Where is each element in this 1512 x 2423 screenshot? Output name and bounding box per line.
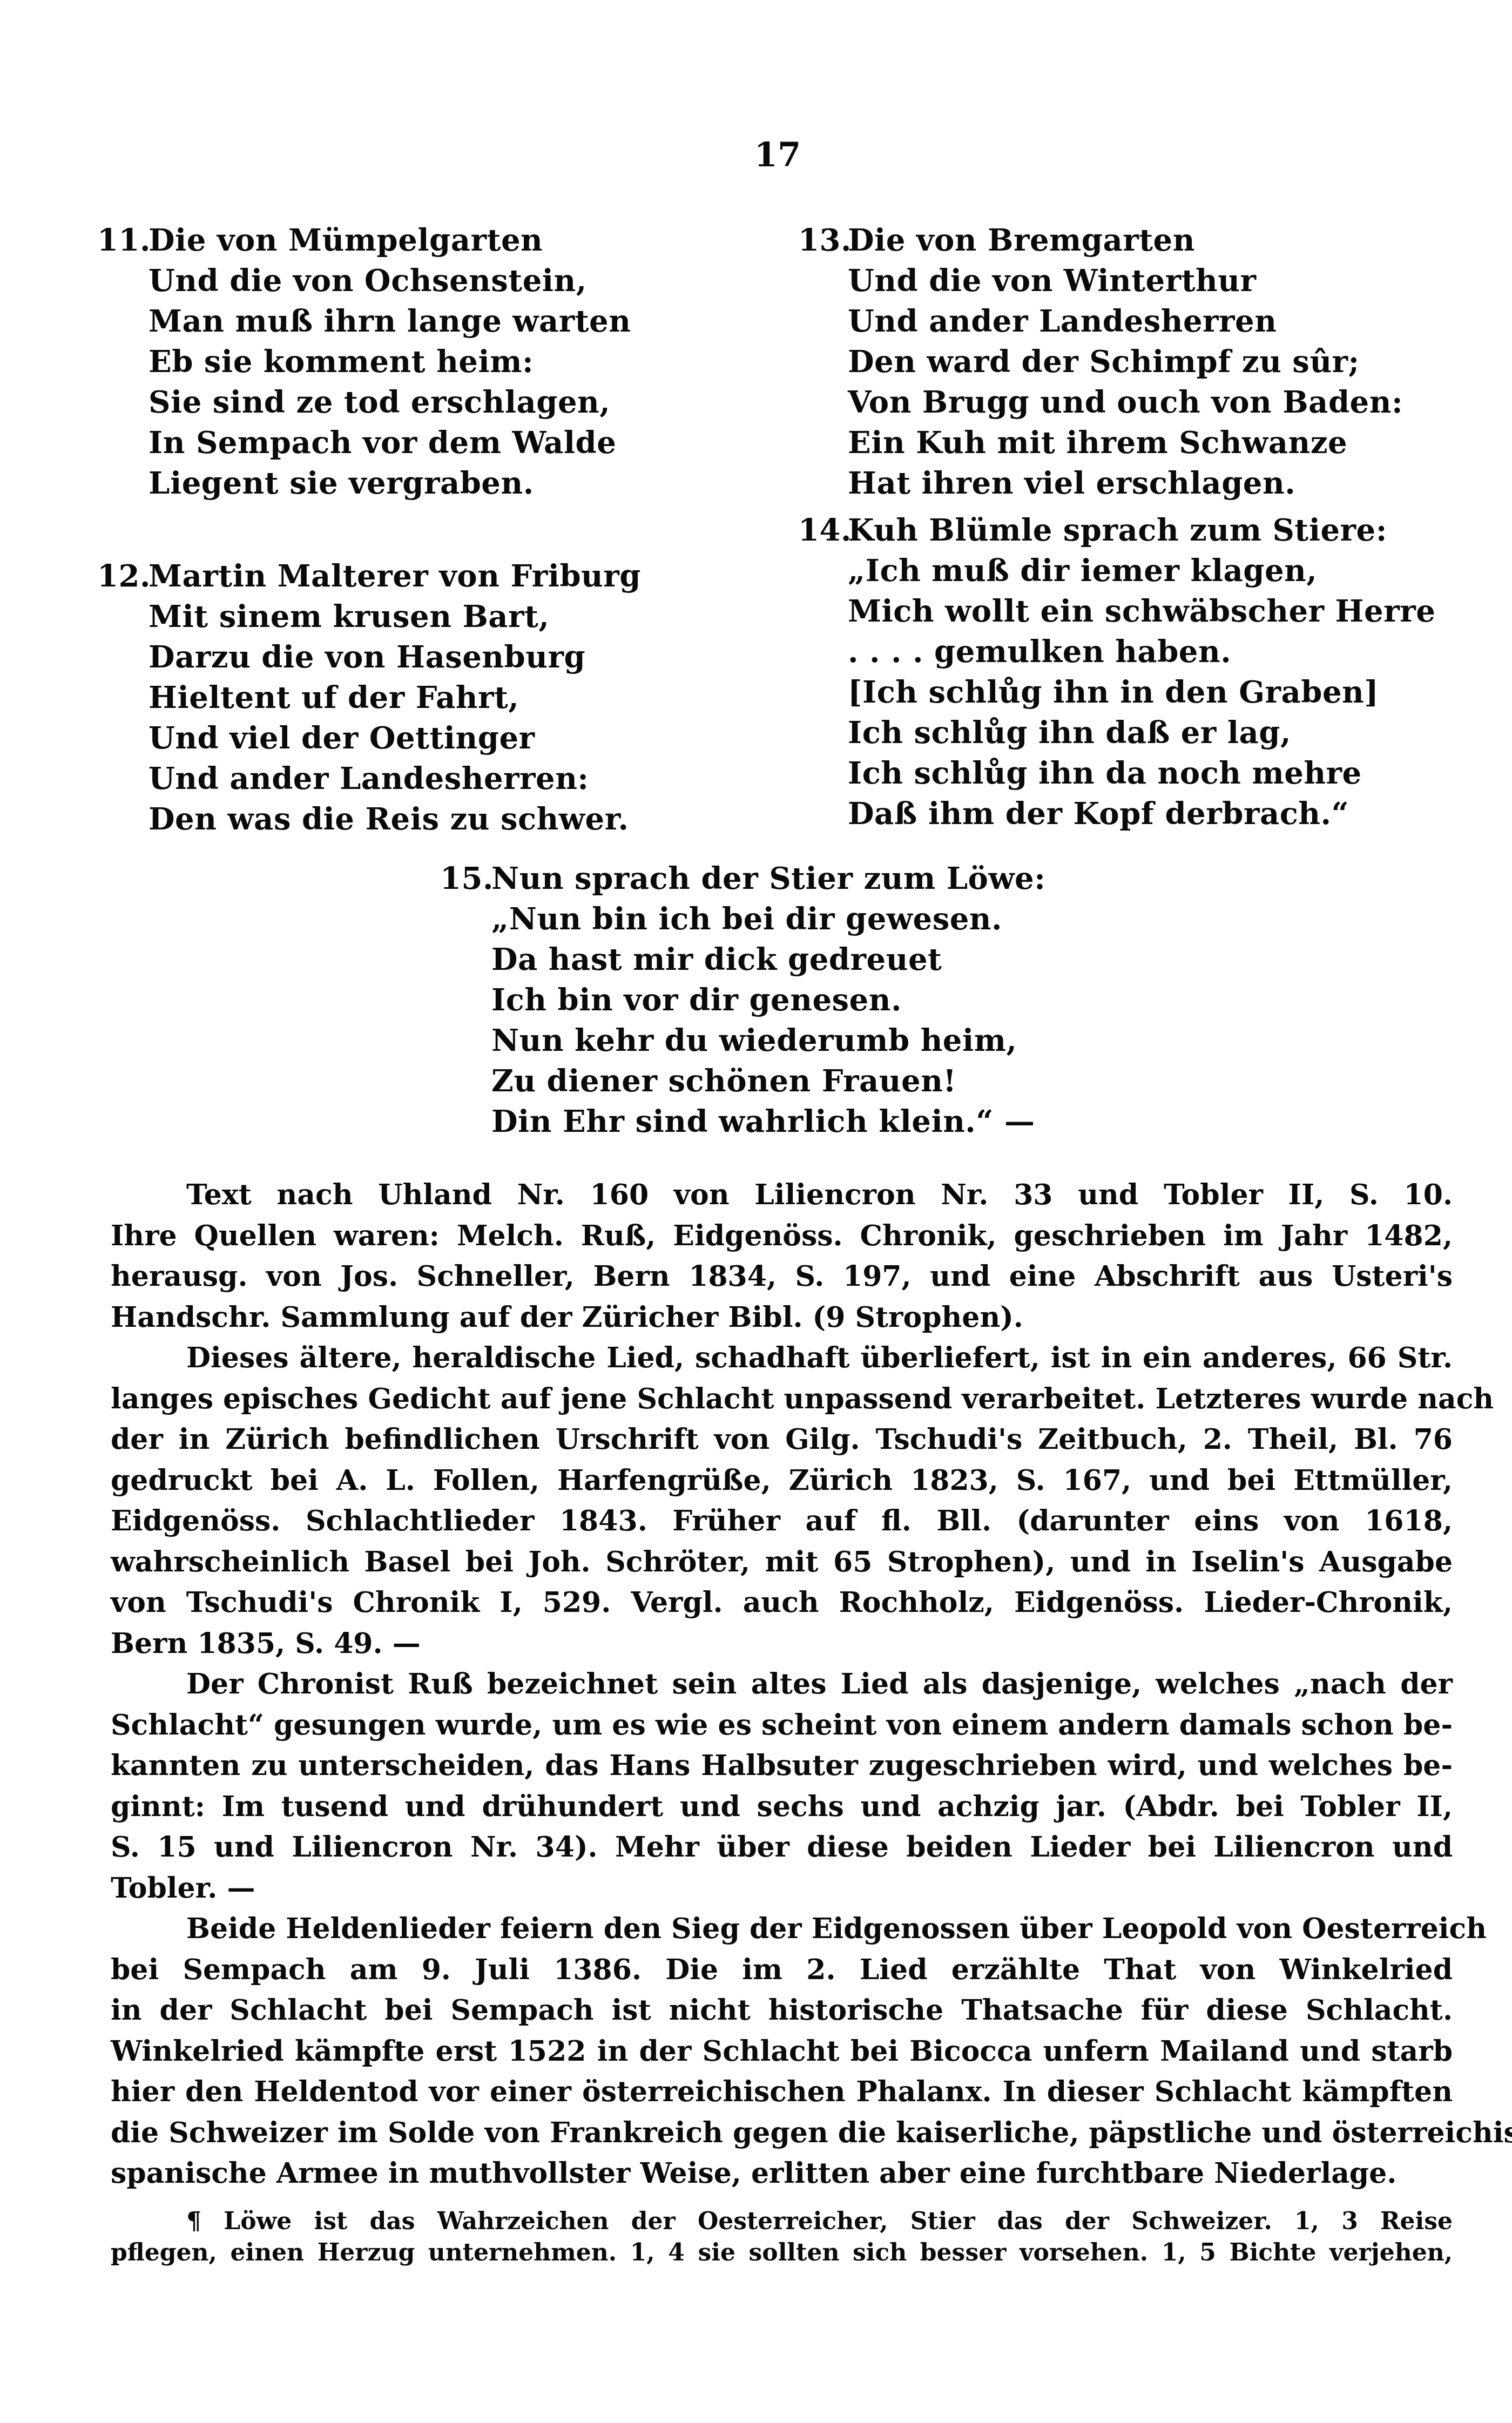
verse-line: Ich schlůg ihn da noch mehre (848, 753, 1435, 794)
verse-line: Hat ihren viel erschlagen. (848, 463, 1403, 504)
prose-line: Tobler. — (111, 1868, 1453, 1909)
verse-line: Den ward der Schimpf zu sûr; (848, 342, 1403, 382)
verse-line: Ein Kuh mit ihrem Schwanze (848, 423, 1403, 463)
verse-line: Und ander Landesherren (848, 301, 1403, 342)
pilcrow-icon: ¶ (186, 2208, 201, 2235)
verse-line: Din Ehr sind wahrlich klein.“ — (491, 1102, 1045, 1142)
footnote-line: ¶ Löwe ist das Wahrzeichen der Oesterrei… (111, 2206, 1453, 2237)
verse-line: Die von Mümpelgarten (148, 220, 631, 261)
prose-line: S. 15 und Liliencron Nr. 34). Mehr über … (111, 1827, 1453, 1868)
prose-line: herausg. von Jos. Schneller, Bern 1834, … (111, 1256, 1453, 1297)
verse-line: „Ich muß dir iemer klagen, (848, 551, 1435, 591)
prose-line: gedruckt bei A. L. Follen, Harfengrüße, … (111, 1460, 1453, 1501)
prose-line: Beide Heldenlieder feiern den Sieg der E… (111, 1908, 1453, 1949)
verse-line: Man muß ihrn lange warten (148, 301, 631, 342)
verse-line: [Ich schlůg ihn in den Graben] (848, 672, 1435, 713)
stanza-lines: Kuh Blümle sprach zum Stiere: „Ich muß d… (848, 510, 1435, 834)
prose-line: Bern 1835, S. 49. — (111, 1623, 1453, 1664)
verse-line: Liegent sie vergraben. (148, 463, 631, 504)
verse-line: . . . . gemulken haben. (848, 632, 1435, 672)
prose-line: Schlacht“ gesungen wurde, um es wie es s… (111, 1705, 1453, 1746)
verse-line: Und die von Winterthur (848, 261, 1403, 301)
verse-line: Mit sinem krusen Bart, (148, 597, 641, 637)
verse-line: Kuh Blümle sprach zum Stiere: (848, 510, 1435, 551)
verse-line: In Sempach vor dem Walde (148, 423, 631, 463)
commentary: Text nach Uhland Nr. 160 von Liliencron … (111, 1175, 1453, 2194)
verse-line: Und viel der Oettinger (148, 718, 641, 759)
prose-line: die Schweizer im Solde von Frankreich ge… (111, 2112, 1453, 2154)
prose-line: Der Chronist Ruß bezeichnet sein altes L… (111, 1664, 1453, 1705)
verse-line: Zu diener schönen Frauen! (491, 1061, 1045, 1102)
verse-line: Die von Bremgarten (848, 220, 1403, 261)
paragraph-heroic-songs: Beide Heldenlieder feiern den Sieg der E… (111, 1908, 1453, 2194)
paragraph-sources: Text nach Uhland Nr. 160 von Liliencron … (111, 1175, 1453, 1338)
stanza-lines: Die von Bremgarten Und die von Winterthu… (848, 220, 1403, 504)
verse-line: Martin Malterer von Friburg (148, 556, 641, 597)
prose-line: Ihre Quellen waren: Melch. Ruß, Eidgenös… (111, 1216, 1453, 1257)
prose-line: hier den Heldentod vor einer österreichi… (111, 2071, 1453, 2112)
verse-line: Da hast mir dick gedreuet (491, 940, 1045, 980)
footnote-line: pflegen, einen Herzug unternehmen. 1, 4 … (111, 2237, 1453, 2269)
stanza-lines: Martin Malterer von Friburg Mit sinem kr… (148, 556, 641, 840)
stanza-number: 15. (440, 859, 494, 899)
prose-line: Dieses ältere, heraldische Lied, schadha… (111, 1338, 1453, 1379)
footnote-glossary: ¶ Löwe ist das Wahrzeichen der Oesterrei… (111, 2206, 1453, 2269)
verse-line: Darzu die von Hasenburg (148, 637, 641, 678)
prose-line: der in Zürich befindlichen Urschrift von… (111, 1419, 1453, 1460)
verse-line: Ich bin vor dir genesen. (491, 980, 1045, 1021)
paragraph-older-song: Dieses ältere, heraldische Lied, schadha… (111, 1338, 1453, 1664)
prose-line: kannten zu unterscheiden, das Hans Halbs… (111, 1745, 1453, 1786)
prose-line: Eidgenöss. Schlachtlieder 1843. Früher a… (111, 1501, 1453, 1542)
stanza-number: 14. (798, 510, 852, 551)
page-number: 17 (751, 135, 805, 174)
verse-line: Hieltent uf der Fahrt, (148, 678, 641, 718)
verse-line: „Nun bin ich bei dir gewesen. (491, 899, 1045, 940)
stanza-number: 11. (97, 220, 151, 261)
prose-line: wahrscheinlich Basel bei Joh. Schröter, … (111, 1542, 1453, 1583)
stanza-number: 12. (97, 556, 151, 597)
verse-line: Sie sind ze tod erschlagen, (148, 382, 631, 423)
paragraph-chronicler: Der Chronist Ruß bezeichnet sein altes L… (111, 1664, 1453, 1908)
stanza-lines: Nun sprach der Stier zum Löwe: „Nun bin … (491, 859, 1045, 1142)
stanza-lines: Die von Mümpelgarten Und die von Ochsens… (148, 220, 631, 504)
verse-line: Ich schlůg ihn daß er lag, (848, 713, 1435, 753)
prose-line: bei Sempach am 9. Juli 1386. Die im 2. L… (111, 1949, 1453, 1990)
verse-line: Und ander Landesherren: (148, 759, 641, 799)
verse-line: Den was die Reis zu schwer. (148, 799, 641, 840)
prose-line: Winkelried kämpfte erst 1522 in der Schl… (111, 2031, 1453, 2072)
prose-line: langes episches Gedicht auf jene Schlach… (111, 1379, 1453, 1420)
verse-line: Von Brugg und ouch von Baden: (848, 382, 1403, 423)
verse-line: Daß ihm der Kopf derbrach.“ (848, 794, 1435, 834)
prose-line: Handschr. Sammlung auf der Züricher Bibl… (111, 1297, 1453, 1338)
verse-line: Nun sprach der Stier zum Löwe: (491, 859, 1045, 899)
verse-line: Nun kehr du wiederumb heim, (491, 1021, 1045, 1061)
prose-line: in der Schlacht bei Sempach ist nicht hi… (111, 1990, 1453, 2031)
footnote-text: Löwe ist das Wahrzeichen der Oesterreich… (224, 2208, 1453, 2235)
verse-line: Eb sie komment heim: (148, 342, 631, 382)
prose-line: Text nach Uhland Nr. 160 von Liliencron … (111, 1175, 1453, 1216)
verse-line: Und die von Ochsenstein, (148, 261, 631, 301)
prose-line: ginnt: Im tusend und drühundert und sech… (111, 1786, 1453, 1827)
stanza-number: 13. (798, 220, 852, 261)
prose-line: von Tschudi's Chronik I, 529. Vergl. auc… (111, 1582, 1453, 1623)
verse-line: Mich wollt ein schwäbscher Herre (848, 591, 1435, 632)
prose-line: spanische Armee in muthvollster Weise, e… (111, 2153, 1453, 2194)
